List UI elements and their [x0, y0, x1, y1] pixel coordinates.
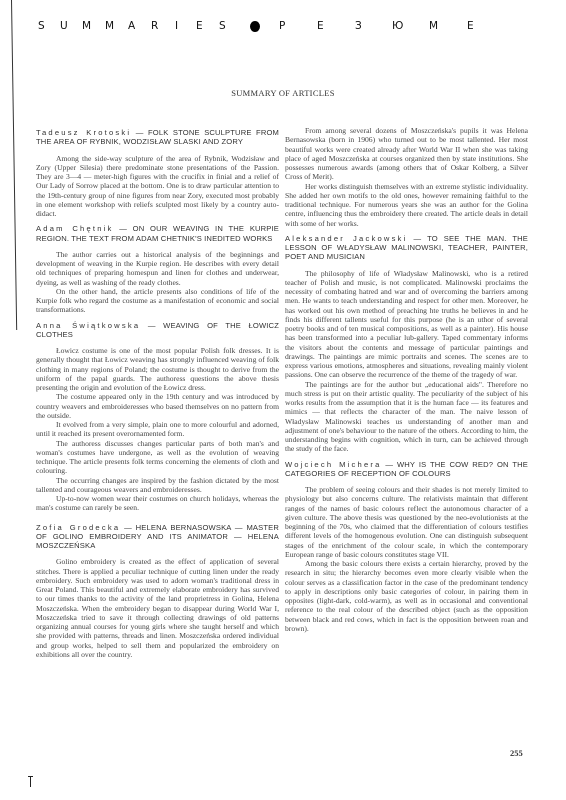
page-title: SUMMARY OF ARTICLES: [0, 88, 566, 98]
article-author: Wojciech Michera: [285, 460, 382, 469]
article-author: Anna Świątkowska: [36, 321, 140, 330]
right-column: From among several dozens of Moszczeńska…: [285, 126, 528, 639]
article-paragraph: Among the side-way sculpture of the area…: [36, 154, 279, 219]
article-heading: Tadeusz Krotoski — FOLK STONE SCULPTURE …: [36, 128, 279, 147]
article-paragraph: The occurring changes are inspired by th…: [36, 476, 279, 495]
article-paragraph: Łowicz costume is one of the most popula…: [36, 346, 279, 392]
article-paragraph: Golino embroidery is created as the effe…: [36, 557, 279, 659]
header-letter: A: [128, 20, 135, 32]
article-author: Tadeusz Krotoski: [36, 128, 131, 137]
article-paragraph: Up-to-now women wear their costumes on c…: [36, 494, 279, 513]
article-paragraph: It evolved from a very simple, plain one…: [36, 420, 279, 439]
bullet-separator-icon: [250, 21, 260, 32]
header-letter: Е: [467, 20, 474, 32]
article-paragraph: On the other hand, the article presents …: [36, 287, 279, 315]
section-header: S U M M A R I E S Р Е З Ю М Е: [0, 20, 566, 36]
article-paragraph: Her works distinguish themselves with an…: [285, 182, 528, 228]
article: Tadeusz Krotoski — FOLK STONE SCULPTURE …: [36, 128, 279, 218]
article-heading: Adam Chętnik — ON OUR WEAVING IN THE KUR…: [36, 224, 279, 243]
article-continuation: From among several dozens of Moszczeńska…: [285, 126, 528, 228]
scan-edge-line: [11, 0, 17, 330]
header-letter: R: [151, 20, 158, 32]
header-letter: Р: [279, 20, 285, 32]
header-letter: E: [196, 20, 203, 32]
article-heading: Zofia Grodecka — HELENA BERNASOWSKA — MA…: [36, 523, 279, 551]
header-letter: M: [105, 20, 114, 32]
header-letter: U: [60, 20, 68, 32]
article-paragraph: From among several dozens of Moszczeńska…: [285, 126, 528, 182]
article-paragraph: Among the basic colours there exists a c…: [285, 559, 528, 633]
article-heading: Aleksander Jackowski — TO SEE THE MAN. T…: [285, 234, 528, 262]
header-letter: I: [175, 20, 178, 32]
article-author: Zofia Grodecka: [36, 523, 120, 532]
header-letter: М: [429, 20, 438, 32]
article-paragraph: The problem of seeing colours and their …: [285, 485, 528, 559]
article-heading: Anna Świątkowska — WEAVING OF THE ŁOWICZ…: [36, 321, 279, 340]
article: Aleksander Jackowski — TO SEE THE MAN. T…: [285, 234, 528, 454]
article-paragraph: The paintings are for the author but „ed…: [285, 380, 528, 454]
article: Anna Świątkowska — WEAVING OF THE ŁOWICZ…: [36, 321, 279, 513]
article: Zofia Grodecka — HELENA BERNASOWSKA — MA…: [36, 523, 279, 660]
article-paragraph: The authoress discusses changes particul…: [36, 439, 279, 476]
article-paragraph: The costume appeared only in the 19th ce…: [36, 392, 279, 420]
header-letter: Е: [317, 20, 324, 32]
scan-mark: [30, 776, 31, 787]
article-heading: Wojciech Michera — WHY IS THE COW RED? O…: [285, 460, 528, 479]
header-letter: З: [355, 20, 362, 32]
article: Wojciech Michera — WHY IS THE COW RED? O…: [285, 460, 528, 634]
left-column: Tadeusz Krotoski — FOLK STONE SCULPTURE …: [36, 128, 279, 665]
header-letter: Ю: [392, 20, 403, 32]
article-paragraph: The philosophy of life of Władysław Mali…: [285, 269, 528, 380]
header-letter: M: [82, 20, 91, 32]
article: Adam Chętnik — ON OUR WEAVING IN THE KUR…: [36, 224, 279, 314]
article-paragraph: The author carries out a historical anal…: [36, 250, 279, 287]
header-letter: S: [38, 20, 45, 32]
article-author: Aleksander Jackowski: [285, 234, 407, 243]
article-author: Adam Chętnik: [36, 224, 114, 233]
header-letter: S: [219, 20, 226, 32]
page-number: 255: [510, 748, 523, 758]
